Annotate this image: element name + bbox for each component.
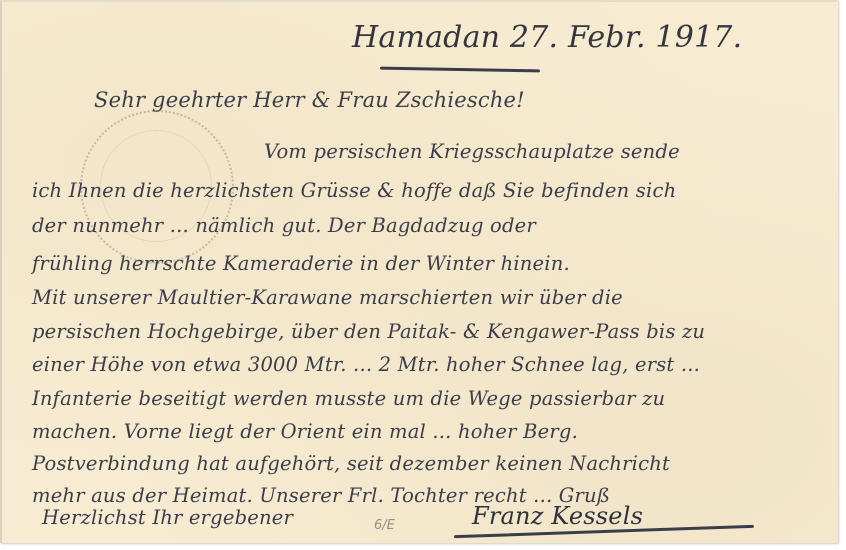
body-line: Postverbindung hat aufgehört, seit dezem… [32,452,670,475]
body-line: Infanterie beseitigt werden musste um di… [32,387,665,410]
closing: Herzlichst Ihr ergebener [42,506,293,529]
date-underline [380,67,540,73]
body-line: Vom persischen Kriegsschauplatze sende [264,140,680,163]
signature: Franz Kessels [472,502,643,530]
salutation: Sehr geehrter Herr & Frau Zschiesche! [94,88,525,112]
body-line: der nunmehr ... nämlich gut. Der Bagdadz… [32,214,536,237]
body-line: frühling herrschte Kameraderie in der Wi… [32,252,570,275]
body-line: ich Ihnen die herzlichsten Grüsse & hoff… [32,179,676,202]
postcard: Hamadan 27. Febr. 1917. Sehr geehrter He… [0,0,838,543]
body-line: machen. Vorne liegt der Orient ein mal .… [32,420,578,443]
pencil-annotation: 6/E [374,518,395,533]
body-line: Mit unserer Maultier-Karawane marschiert… [32,286,623,309]
place-date-heading: Hamadan 27. Febr. 1917. [352,20,742,55]
body-line: persischen Hochgebirge, über den Paitak-… [32,320,705,343]
body-line: einer Höhe von etwa 3000 Mtr. ... 2 Mtr.… [32,353,700,376]
